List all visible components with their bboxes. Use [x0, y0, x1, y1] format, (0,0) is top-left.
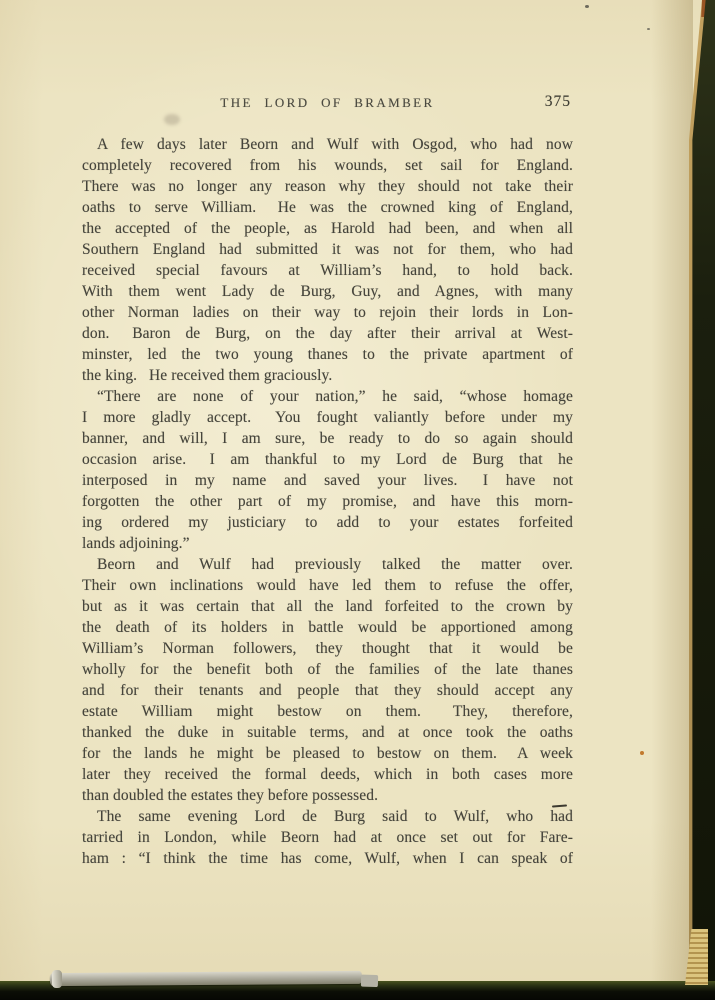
- page-curve-shadow: [651, 0, 693, 1000]
- text-line: but as it was certain that all the land …: [82, 596, 573, 617]
- scan-speck: [640, 751, 644, 755]
- paragraph: Beorn and Wulf had previously talked the…: [82, 554, 573, 806]
- text-line: A few days later Beorn and Wulf with Osg…: [82, 134, 573, 155]
- text-line: and for their tenants and people that th…: [82, 680, 573, 701]
- running-title: THE LORD OF BRAMBER: [82, 95, 573, 111]
- text-line: The same evening Lord de Burg said to Wu…: [82, 806, 573, 827]
- text-line: There was no longer any reason why they …: [82, 176, 573, 197]
- text-line: Southern England had submitted it was no…: [82, 239, 573, 260]
- text-line: lands adjoining.”: [82, 533, 573, 554]
- text-line: than doubled the estates they before pos…: [82, 785, 573, 806]
- text-line: completely recovered from his wounds, se…: [82, 155, 573, 176]
- page-number: 375: [545, 93, 571, 111]
- text-line: estate William might bestow on them. The…: [82, 701, 573, 722]
- text-line: William’s Norman followers, they thought…: [82, 638, 573, 659]
- paragraph: “There are none of your nation,” he said…: [82, 386, 573, 554]
- text-line: interposed in my name and saved your liv…: [82, 470, 573, 491]
- text-line: ing ordered my justiciary to add to your…: [82, 512, 573, 533]
- text-line: minster, led the two young thanes to the…: [82, 344, 573, 365]
- paragraph: A few days later Beorn and Wulf with Osg…: [82, 134, 573, 386]
- text-line: “There are none of your nation,” he said…: [82, 386, 573, 407]
- text-line: later they received the formal deeds, wh…: [82, 764, 573, 785]
- scan-speck: [585, 5, 589, 8]
- text-line: occasion arise. I am thankful to my Lord…: [82, 449, 573, 470]
- text-line: for the lands he might be pleased to bes…: [82, 743, 573, 764]
- text-line: wholly for the benefit both of the famil…: [82, 659, 573, 680]
- book-press-bar: [50, 971, 362, 986]
- text-line: received special favours at William’s ha…: [82, 260, 573, 281]
- text-line: forgotten the other part of my promise, …: [82, 491, 573, 512]
- text-line: I more gladly accept. You fought valiant…: [82, 407, 573, 428]
- book-page-scan: THE LORD OF BRAMBER 375 A few days later…: [0, 0, 715, 1000]
- text-line: With them went Lady de Burg, Guy, and Ag…: [82, 281, 573, 302]
- text-line: thanked the duke in suitable terms, and …: [82, 722, 573, 743]
- paper-stain: [164, 114, 180, 125]
- text-line: the accepted of the people, as Harold ha…: [82, 218, 573, 239]
- text-line: the king. He received them graciously.: [82, 365, 573, 386]
- text-line: don. Baron de Burg, on the day after the…: [82, 323, 573, 344]
- book-cover-edge: [689, 0, 715, 1000]
- text-line: oaths to serve William. He was the crown…: [82, 197, 573, 218]
- text-line: banner, and will, I am sure, be ready to…: [82, 428, 573, 449]
- text-line: Their own inclinations would have led th…: [82, 575, 573, 596]
- paragraph: The same evening Lord de Burg said to Wu…: [82, 806, 573, 869]
- text-line: the death of its holders in battle would…: [82, 617, 573, 638]
- scan-speck: [647, 28, 650, 30]
- text-line: Beorn and Wulf had previously talked the…: [82, 554, 573, 575]
- page-header: THE LORD OF BRAMBER 375: [82, 95, 573, 115]
- text-block: A few days later Beorn and Wulf with Osg…: [82, 134, 573, 869]
- text-line: ham : “I think the time has come, Wulf, …: [82, 848, 573, 869]
- text-line: other Norman ladies on their way to rejo…: [82, 302, 573, 323]
- text-line: tarried in London, while Beorn had at on…: [82, 827, 573, 848]
